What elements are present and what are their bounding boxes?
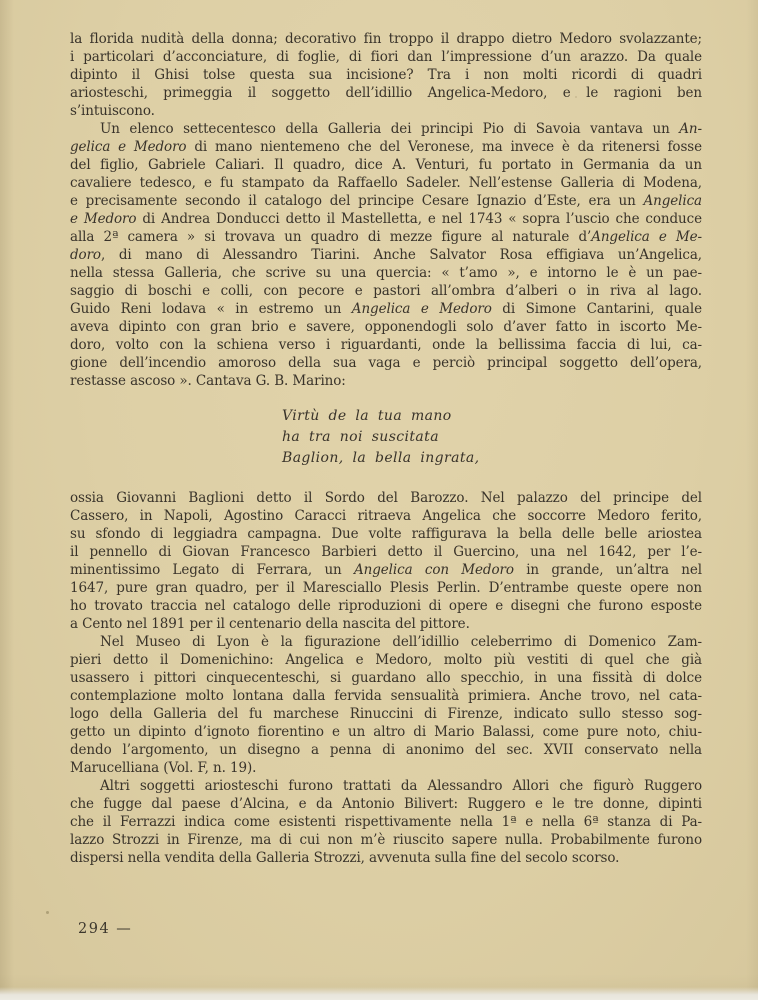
text-run: 1647, pure gran quadro, per il Marescial… — [70, 580, 702, 596]
text-run: aveva dipinto con gran brio e savere, op… — [70, 319, 702, 335]
text-line: 1647, pure gran quadro, per il Marescial… — [70, 579, 702, 597]
text-run: su sfondo di leggiadra campagna. Due vol… — [70, 526, 702, 542]
text-line: restasse ascoso ». Cantava G. B. Marino: — [70, 372, 702, 390]
verse-line: Baglion, la bella ingrata, — [282, 448, 702, 469]
scan-speck — [575, 96, 577, 98]
page-number: 294 — — [78, 921, 132, 937]
text-line: Guido Reni lodava « in estremo un Angeli… — [70, 300, 702, 318]
italic-text: An- — [679, 121, 702, 137]
paragraph: ossia Giovanni Baglioni detto il Sordo d… — [70, 489, 702, 633]
text-run: Baglion, la bella ingrata, — [282, 450, 480, 466]
text-run: , di mano di Alessandro Tiarini. Anche S… — [101, 247, 702, 263]
text-run: ossia Giovanni Baglioni detto il Sordo d… — [70, 490, 702, 506]
text-line: ariosteschi, primeggia il soggetto dell’… — [70, 84, 702, 102]
text-run: alla 2ª camera » si trovava un quadro di… — [70, 229, 591, 245]
italic-text: Angelica e Medoro — [352, 301, 492, 317]
text-run: di mano nientemeno che del Veronese, ma … — [186, 139, 702, 155]
text-run: pieri detto il Domenichino: Angelica e M… — [70, 652, 702, 668]
text-line: che fugge dal paese d’Alcina, e da Anton… — [70, 795, 702, 813]
text-run: contemplazione molto lontana dalla fervi… — [70, 688, 702, 704]
text-line: aveva dipinto con gran brio e savere, op… — [70, 318, 702, 336]
text-line: doro, volto con la schiena verso i rigua… — [70, 336, 702, 354]
italic-text: gelica e Medoro — [70, 139, 186, 155]
paragraph: la florida nudità della donna; decorativ… — [70, 30, 702, 120]
text-line: su sfondo di leggiadra campagna. Due vol… — [70, 525, 702, 543]
text-line: logo della Galleria del fu marchese Rinu… — [70, 705, 702, 723]
text-line: dendo l’argomento, un disegno a penna di… — [70, 741, 702, 759]
verse-line: ha tra noi suscitata — [282, 427, 702, 448]
text-run: del figlio, Gabriele Caliari. Il quadro,… — [70, 157, 702, 173]
text-run: getto un dipinto d’ignoto fiorentino e u… — [70, 724, 702, 740]
text-line: che il Ferrazzi indica come esistenti ri… — [70, 813, 702, 831]
text-run: dipinto il Ghisi tolse questa sua incisi… — [70, 67, 702, 83]
text-run: in grande, un’altra nel — [514, 562, 702, 578]
text-line: e precisamente secondo il catalogo del p… — [70, 192, 702, 210]
text-line: del figlio, Gabriele Caliari. Il quadro,… — [70, 156, 702, 174]
text-line: a Cento nel 1891 per il centenario della… — [70, 615, 702, 633]
text-run: ha tra noi suscitata — [282, 429, 439, 445]
text-run: ho trovato traccia nel catalogo delle ri… — [70, 598, 702, 614]
scan-bottom-edge — [0, 987, 758, 1000]
text-block: la florida nudità della donna; decorativ… — [70, 30, 702, 867]
text-run: ariosteschi, primeggia il soggetto dell’… — [70, 85, 702, 101]
text-run: lazzo Strozzi in Firenze, ma di cui non … — [70, 832, 702, 848]
text-line: e Medoro di Andrea Donducci detto il Mas… — [70, 210, 702, 228]
text-line: minentissimo Legato di Ferrara, un Angel… — [70, 561, 702, 579]
verse-quote: Virtù de la tua manoha tra noi suscitata… — [282, 406, 702, 469]
italic-text: e Medoro — [70, 211, 136, 227]
text-run: dispersi nella vendita della Galleria St… — [70, 850, 619, 866]
text-run: s’intuiscono. — [70, 103, 155, 119]
text-run: a Cento nel 1891 per il centenario della… — [70, 616, 470, 632]
text-line: getto un dipinto d’ignoto fiorentino e u… — [70, 723, 702, 741]
text-run: Nel Museo di Lyon è la figurazione dell’… — [100, 634, 702, 650]
italic-text: Angelica con Medoro — [354, 562, 514, 578]
text-run: doro, volto con la schiena verso i rigua… — [70, 337, 702, 353]
text-line: Altri soggetti ariosteschi furono tratta… — [70, 777, 702, 795]
text-line: s’intuiscono. — [70, 102, 702, 120]
text-run: gione dell’incendio amoroso della sua va… — [70, 355, 702, 371]
text-run: minentissimo Legato di Ferrara, un — [70, 562, 354, 578]
text-line: usassero i pittori cinquecenteschi, si g… — [70, 669, 702, 687]
text-line: contemplazione molto lontana dalla fervi… — [70, 687, 702, 705]
text-run: Un elenco settecentesco della Galleria d… — [100, 121, 679, 137]
text-line: cavaliere tedesco, e fu stampato da Raff… — [70, 174, 702, 192]
text-run: il pennello di Giovan Francesco Barbieri… — [70, 544, 702, 560]
text-run: Guido Reni lodava « in estremo un — [70, 301, 352, 317]
text-line: ossia Giovanni Baglioni detto il Sordo d… — [70, 489, 702, 507]
scanned-book-page: la florida nudità della donna; decorativ… — [0, 0, 758, 1000]
text-run: cavaliere tedesco, e fu stampato da Raff… — [70, 175, 702, 191]
text-run: che il Ferrazzi indica come esistenti ri… — [70, 814, 702, 830]
text-run: che fugge dal paese d’Alcina, e da Anton… — [70, 796, 702, 812]
text-line: Un elenco settecentesco della Galleria d… — [70, 120, 702, 138]
paragraph: Altri soggetti ariosteschi furono tratta… — [70, 777, 702, 867]
text-line: gelica e Medoro di mano nientemeno che d… — [70, 138, 702, 156]
italic-text: Angelica e Me- — [591, 229, 702, 245]
text-run: Cassero, in Napoli, Agostino Caracci rit… — [70, 508, 702, 524]
text-line: la florida nudità della donna; decorativ… — [70, 30, 702, 48]
text-line: dispersi nella vendita della Galleria St… — [70, 849, 702, 867]
text-line: nella stessa Galleria, che scrive su una… — [70, 264, 702, 282]
text-line: lazzo Strozzi in Firenze, ma di cui non … — [70, 831, 702, 849]
text-line: pieri detto il Domenichino: Angelica e M… — [70, 651, 702, 669]
text-line: gione dell’incendio amoroso della sua va… — [70, 354, 702, 372]
text-run: logo della Galleria del fu marchese Rinu… — [70, 706, 702, 722]
text-run: Altri soggetti ariosteschi furono tratta… — [100, 778, 702, 794]
text-line: Cassero, in Napoli, Agostino Caracci rit… — [70, 507, 702, 525]
text-line: doro, di mano di Alessandro Tiarini. Anc… — [70, 246, 702, 264]
text-line: saggio di boschi e colli, con pecore e p… — [70, 282, 702, 300]
scan-speck — [46, 911, 49, 914]
italic-text: Angelica — [643, 193, 702, 209]
paragraph: Nel Museo di Lyon è la figurazione dell’… — [70, 633, 702, 777]
text-run: i particolari d’acconciature, di foglie,… — [70, 49, 702, 65]
text-line: dipinto il Ghisi tolse questa sua incisi… — [70, 66, 702, 84]
text-line: i particolari d’acconciature, di foglie,… — [70, 48, 702, 66]
text-run: nella stessa Galleria, che scrive su una… — [70, 265, 702, 281]
text-run: di Andrea Donducci detto il Mastelletta,… — [136, 211, 702, 227]
text-line: ho trovato traccia nel catalogo delle ri… — [70, 597, 702, 615]
paragraph: Un elenco settecentesco della Galleria d… — [70, 120, 702, 390]
text-line: il pennello di Giovan Francesco Barbieri… — [70, 543, 702, 561]
text-run: dendo l’argomento, un disegno a penna di… — [70, 742, 702, 758]
text-run: Marucelliana (Vol. F, n. 19). — [70, 760, 256, 776]
text-run: e precisamente secondo il catalogo del p… — [70, 193, 643, 209]
text-line: Marucelliana (Vol. F, n. 19). — [70, 759, 702, 777]
verse-line: Virtù de la tua mano — [282, 406, 702, 427]
italic-text: doro — [70, 247, 101, 263]
text-run: restasse ascoso ». Cantava G. B. Marino: — [70, 373, 346, 389]
text-run: usassero i pittori cinquecenteschi, si g… — [70, 670, 702, 686]
text-line: Nel Museo di Lyon è la figurazione dell’… — [70, 633, 702, 651]
text-line: alla 2ª camera » si trovava un quadro di… — [70, 228, 702, 246]
text-run: di Simone Cantarini, quale — [492, 301, 702, 317]
text-run: saggio di boschi e colli, con pecore e p… — [70, 283, 702, 299]
text-run: Virtù de la tua mano — [282, 408, 452, 424]
text-run: la florida nudità della donna; decorativ… — [70, 31, 702, 47]
